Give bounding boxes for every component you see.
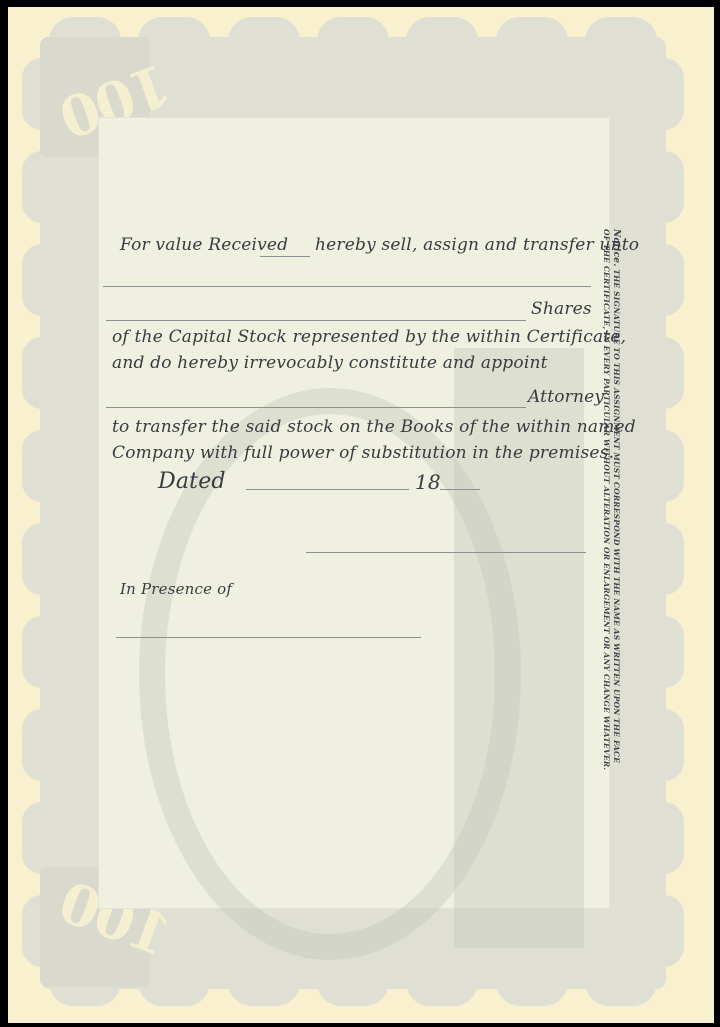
year-line[interactable] xyxy=(440,489,480,490)
notice-lead: Notice. xyxy=(611,229,621,267)
shares-count-line[interactable] xyxy=(106,320,526,321)
right-scallops xyxy=(664,47,684,977)
signature-line[interactable] xyxy=(306,552,586,553)
substitution-text: Company with full power of substitution … xyxy=(112,443,614,463)
capital-stock-text: of the Capital Stock represented by the … xyxy=(112,327,626,347)
signature-notice: Notice. THE SIGNATURE TO THIS ASSIGNMENT… xyxy=(601,229,621,689)
left-scallops xyxy=(22,47,42,977)
dated-label: Dated xyxy=(158,469,226,494)
witness-line[interactable] xyxy=(116,637,421,638)
attorney-name-line[interactable] xyxy=(106,407,526,408)
for-value-received-text: For value Received xyxy=(120,235,288,255)
notice-line-2: OF THE CERTIFICATE, IN EVERY PARTICULAR … xyxy=(601,229,611,689)
transfer-books-text: to transfer the said stock on the Books … xyxy=(112,417,636,437)
in-presence-of-label: In Presence of xyxy=(120,580,232,598)
assignee-line[interactable] xyxy=(103,286,591,287)
assignor-line[interactable] xyxy=(260,256,310,257)
appoint-text: and do hereby irrevocably constitute and… xyxy=(112,353,548,373)
date-line[interactable] xyxy=(246,489,409,490)
certificate-page: 100 100 For value Received hereby sell, … xyxy=(8,7,714,1023)
text-block-bleed xyxy=(454,348,584,948)
shares-label: Shares xyxy=(531,299,592,319)
sell-assign-transfer-text: hereby sell, assign and transfer unto xyxy=(315,235,639,255)
attorney-label: Attorney xyxy=(528,387,604,407)
notice-line-1: THE SIGNATURE TO THIS ASSIGNMENT MUST CO… xyxy=(612,269,621,763)
year-prefix: 18 xyxy=(415,470,441,494)
